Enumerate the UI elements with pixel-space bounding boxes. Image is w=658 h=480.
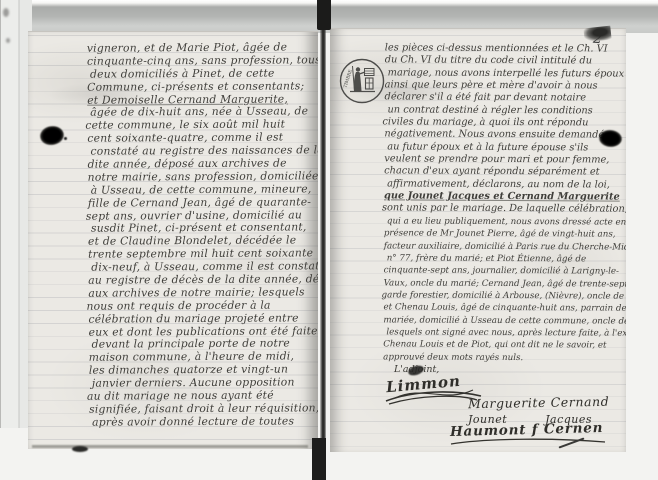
left-page: vigneron, et de Marie Piot, âgée decinqu… [28, 31, 318, 449]
witness-flourish [447, 436, 617, 450]
binding-tab-bottom [312, 438, 326, 480]
corner-smudge [583, 26, 611, 43]
manuscript-line: Chenau Louis et de Piot, qui ont dit ne … [383, 339, 625, 353]
dust-speck [6, 38, 10, 43]
manuscript-line: facteur auxiliaire, domicilié à Paris ru… [384, 240, 626, 254]
manuscript-line: mariée, domicilié à Usseau de cette comm… [383, 314, 625, 328]
manuscript-line: du Ch. VI du titre du code civil intitul… [385, 55, 626, 69]
page-bottom-blob [72, 446, 88, 452]
manuscript-line: Vaux, oncle du marié; Cernand Jean, âgé … [384, 277, 626, 291]
scanned-registry-spread: vigneron, et de Marie Piot, âgée decinqu… [0, 0, 658, 480]
dust-speck [3, 8, 9, 17]
manuscript-line: présence de Mr Jounet Pierre, âgé de vin… [384, 228, 626, 242]
manuscript-text-right: les pièces ci-dessus mentionnées et le C… [383, 42, 626, 364]
binding-gutter [320, 28, 326, 451]
manuscript-line: sont unis par le mariage. De laquelle cé… [382, 203, 626, 217]
manuscript-line: négativement. Nous avons ensuite demandé [384, 129, 626, 143]
binding-tab-top [317, 0, 331, 30]
manuscript-line: cinquante-sept ans, journalier, domicili… [384, 265, 626, 279]
manuscript-line: approuvé deux mots rayés nuls. [383, 351, 625, 365]
manuscript-text-left: vigneron, et de Marie Piot, âgée decinqu… [87, 41, 317, 429]
signature-bride: Marguerite Cernand [468, 394, 610, 411]
manuscript-line: chacun d'eux ayant répondu séparément et [384, 166, 626, 180]
manuscript-line: après avoir donné lecture de toutes [92, 415, 317, 429]
manuscript-line: et Chenau Louis, âgé de cinquante-huit a… [383, 302, 625, 316]
manuscript-line: déclarer s'il a été fait par devant nota… [385, 92, 626, 106]
timbre-stamp-icon: TIMBRE [338, 57, 386, 105]
ink-speck [64, 137, 67, 140]
